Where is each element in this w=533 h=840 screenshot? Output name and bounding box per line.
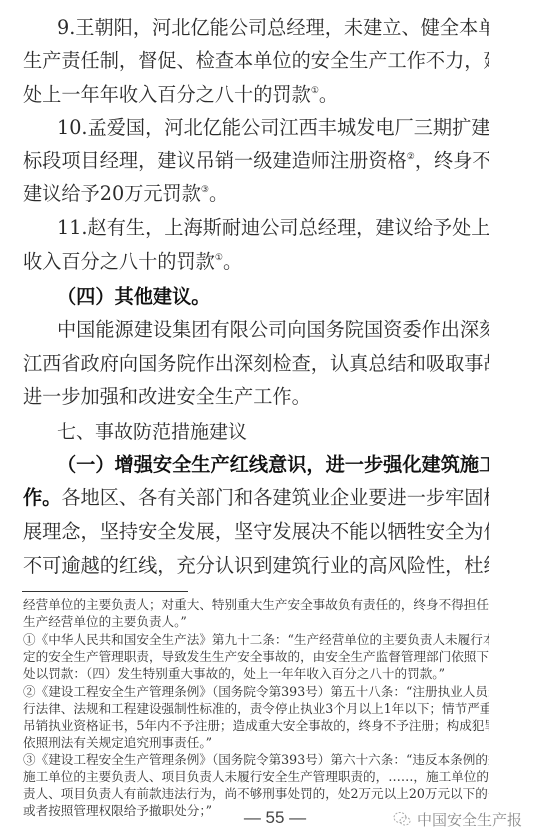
footnote-line: ①《中华人民共和国安全生产法》第九十二条：“生产经营单位的主要负责人未履行本法规 — [23, 631, 489, 648]
footnote-line: ③《建设工程安全生产管理条例》（国务院令第393号）第六十六条：“违反本条例的规… — [23, 751, 489, 768]
subsection-heading: （一）增强安全生产红线意识，进一步强化建筑施工安全工 — [57, 453, 489, 477]
footnote-divider — [22, 591, 188, 592]
footnote-line: 责人、项目负责人有前款违法行为，尚不够刑事处罚的，处2万元以上20万元以下的罚款 — [23, 785, 489, 802]
footnote-ref: ② — [407, 152, 415, 162]
body-line: 展理念，坚持安全发展，坚守发展决不能以牺牲安全为代价这条 — [23, 520, 489, 544]
body-line: 作。各地区、各有关部门和各建筑业企业要进一步牢固树立新发 — [23, 486, 489, 510]
footnote-line: 定的安全生产管理职责，导致发生生产安全事故的，由安全生产监督管理部门依照下列规定 — [23, 648, 489, 665]
page-number: — 55 — — [230, 806, 320, 830]
watermark-text: 中国安全生产报 — [417, 809, 522, 830]
body-line: 标段项目经理，建议吊销一级建造师注册资格②，终身不予注册； — [23, 149, 489, 173]
body-line: 9.王朝阳，河北亿能公司总经理，未建立、健全本单位安全 — [57, 16, 489, 40]
footnote-line: 生产经营单位的主要负责人。” — [23, 613, 489, 630]
footnote-ref: ① — [215, 253, 223, 263]
footnote-line: 处以罚款：（四）发生特别重大事故的，处上一年年收入百分之八十的罚款。” — [23, 665, 489, 682]
chapter-heading: 七、事故防范措施建议 — [57, 420, 489, 444]
body-line: 生产责任制，督促、检查本单位的安全生产工作不力，建议给予 — [23, 49, 489, 73]
wechat-icon — [393, 811, 411, 827]
section-heading: （四）其他建议。 — [57, 285, 489, 309]
body-line: 10.孟爱国，河北亿能公司江西丰城发电厂三期扩建工程D — [57, 116, 489, 140]
body-line: 进一步加强和改进安全生产工作。 — [23, 385, 489, 409]
watermark: 中国安全生产报 — [393, 808, 522, 830]
footnote-line: 经营单位的主要负责人；对重大、特别重大生产安全事故负有责任的，终身不得担任本行业 — [23, 596, 489, 613]
footnote-ref: ① — [311, 86, 319, 96]
footnote-line: 依照刑法有关规定追究刑事责任。” — [23, 734, 489, 751]
body-line: 不可逾越的红线，充分认识到建筑行业的高风险性，杜绝麻痹意 — [23, 554, 489, 578]
footnote-line: 施工单位的主要负责人、项目负责人未履行安全生产管理职责的，……，施工单位的主要负 — [23, 768, 489, 785]
footnote-line: 吊销执业资格证书，5年内不予注册；造成重大安全事故的，终身不予注册；构成犯罪的， — [23, 717, 489, 734]
body-line: 江西省政府向国务院作出深刻检查，认真总结和吸取事故教训， — [23, 352, 489, 376]
body-line: 11.赵有生，上海斯耐迪公司总经理，建议给予处上一年年 — [57, 216, 489, 240]
body-line: 收入百分之八十的罚款①。 — [23, 250, 489, 274]
footnote-ref: ③ — [201, 185, 209, 195]
body-line: 建议给予20万元罚款③。 — [23, 182, 489, 206]
body-line: 中国能源建设集团有限公司向国务院国资委作出深刻检查， — [57, 318, 489, 342]
footnote-line: 行法律、法规和工程建设强制性标准的，责令停止执业3个月以上1年以下；情节严重的， — [23, 700, 489, 717]
footnote-line: ②《建设工程安全生产管理条例》（国务院令第393号）第五十八条：“注册执业人员未… — [23, 683, 489, 700]
document-page: 9.王朝阳，河北亿能公司总经理，未建立、健全本单位安全 生产责任制，督促、检查本… — [0, 0, 533, 840]
body-line: 处上一年年收入百分之八十的罚款①。 — [23, 83, 489, 107]
